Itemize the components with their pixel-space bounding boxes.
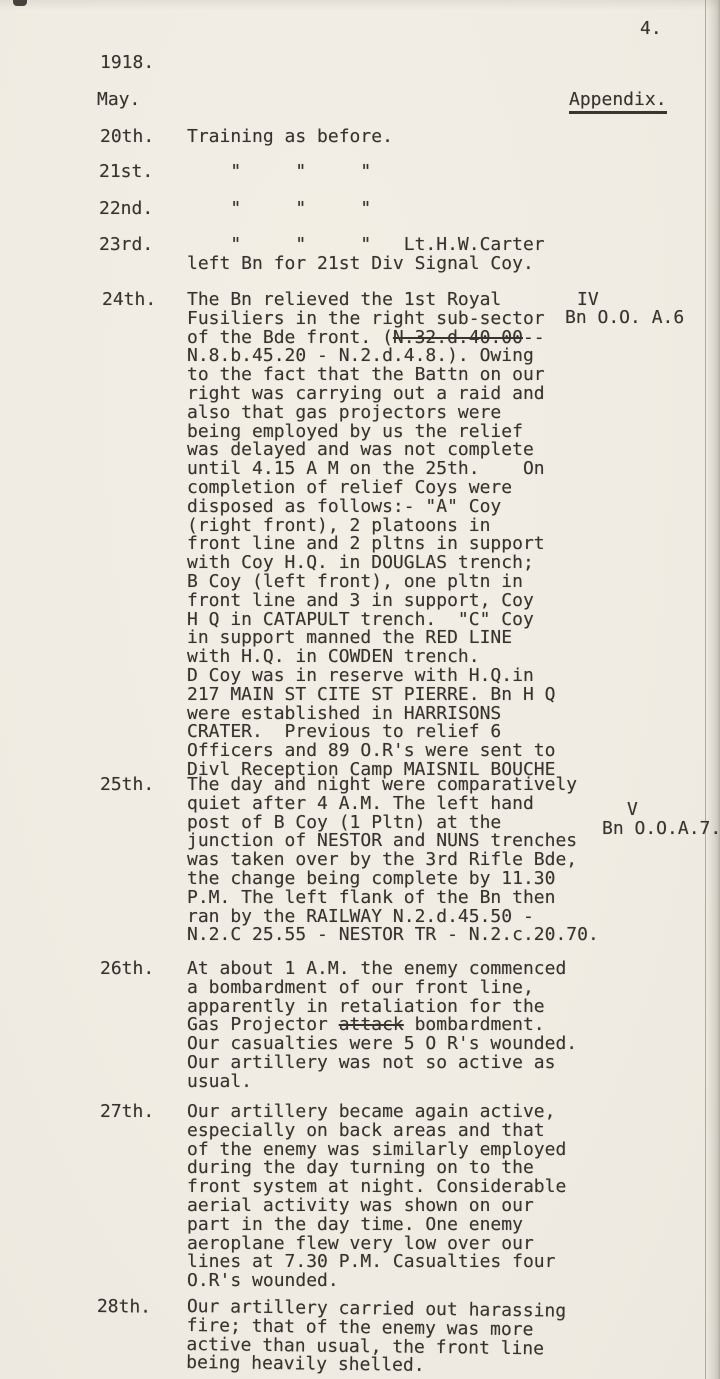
- margin-note-reference: Bn O.O. A.6: [565, 309, 684, 328]
- entry-line: part in the day time. One enemy: [187, 1216, 566, 1235]
- entry-body: Training as before.: [187, 128, 393, 147]
- entry-line: The day and night were comparatively: [187, 776, 599, 795]
- scan-artifact: [13, 0, 27, 6]
- entry-date-label: 23rd.: [99, 236, 153, 255]
- entry-body: " " ": [187, 163, 371, 182]
- entry-line: usual.: [187, 1073, 577, 1092]
- entry-line: left Bn for 21st Div Signal Coy.: [187, 255, 545, 274]
- entry-line: especially on back areas and that: [187, 1122, 566, 1141]
- entry-body: " " ": [187, 200, 371, 219]
- year-label: 1918.: [100, 54, 154, 73]
- entry-line: O.R's wounded.: [187, 1272, 566, 1291]
- page-number: 4.: [640, 20, 662, 39]
- entry-line: " " ": [187, 163, 371, 182]
- appendix-label-text: Appendix.: [569, 89, 667, 114]
- entry-body: Our artillery became again active,especi…: [187, 1103, 566, 1291]
- entry-date-label: 25th.: [100, 776, 154, 795]
- entry-line: front line and 3 in support, Coy: [187, 592, 555, 611]
- entry-line: also that gas projectors were: [187, 404, 555, 423]
- entry-date-label: 22nd.: [99, 200, 153, 219]
- entry-line: N.2.C 25.55 - NESTOR TR - N.2.c.20.70.: [187, 926, 599, 945]
- document-page: 4. 1918. May. Appendix. 20th.Training as…: [0, 0, 720, 1379]
- entry-line: D Coy was in reserve with H.Q.in: [187, 667, 555, 686]
- margin-note-numeral: V: [627, 801, 638, 820]
- entry-line: Our artillery became again active,: [187, 1103, 566, 1122]
- entry-line: a bombardment of our front line,: [187, 979, 577, 998]
- entry-line: At about 1 A.M. the enemy commenced: [187, 960, 577, 979]
- entry-date-label: 26th.: [100, 960, 154, 979]
- entry-line: aerial activity was shown on our: [187, 1197, 566, 1216]
- entry-line: The Bn relieved the 1st Royal: [187, 291, 555, 310]
- entry-line: Training as before.: [187, 128, 393, 147]
- entry-body: " " " Lt.H.W.Carterleft Bn for 21st Div …: [187, 236, 545, 274]
- entry-line: the change being complete by 11.30: [187, 870, 599, 889]
- entry-date-label: 20th.: [100, 128, 154, 147]
- entry-line: 217 MAIN ST CITE ST PIERRE. Bn H Q: [187, 686, 555, 705]
- entry-body: The day and night were comparativelyquie…: [187, 776, 599, 945]
- scan-top-shadow: [0, 0, 720, 10]
- margin-note-reference: Bn O.O.A.7.: [602, 820, 720, 839]
- entry-body: At about 1 A.M. the enemy commenceda bom…: [187, 960, 577, 1092]
- entry-body: The Bn relieved the 1st RoyalFusiliers i…: [187, 291, 555, 780]
- entry-line: disposed as follows:- "A" Coy: [187, 498, 555, 517]
- entry-date-label: 24th.: [102, 291, 156, 310]
- appendix-label: Appendix.: [569, 91, 667, 110]
- entry-line: completion of relief Coys were: [187, 479, 555, 498]
- entry-line: " " " Lt.H.W.Carter: [187, 236, 545, 255]
- month-label: May.: [97, 91, 140, 110]
- entry-date-label: 28th.: [97, 1298, 151, 1317]
- entry-body: Our artillery carried out harassingfire;…: [186, 1298, 566, 1378]
- entry-line: right was carrying out a raid and: [187, 385, 555, 404]
- entry-line: B Coy (left front), one pltn in: [187, 573, 555, 592]
- page-edge-shadow: [705, 0, 720, 1379]
- entry-line: Our artillery was not so active as: [187, 1054, 577, 1073]
- entry-line: quiet after 4 A.M. The left hand: [187, 795, 599, 814]
- entry-line: " " ": [187, 200, 371, 219]
- entry-date-label: 21st.: [99, 163, 153, 182]
- entry-line: P.M. The left flank of the Bn then: [187, 889, 599, 908]
- entry-date-label: 27th.: [100, 1103, 154, 1122]
